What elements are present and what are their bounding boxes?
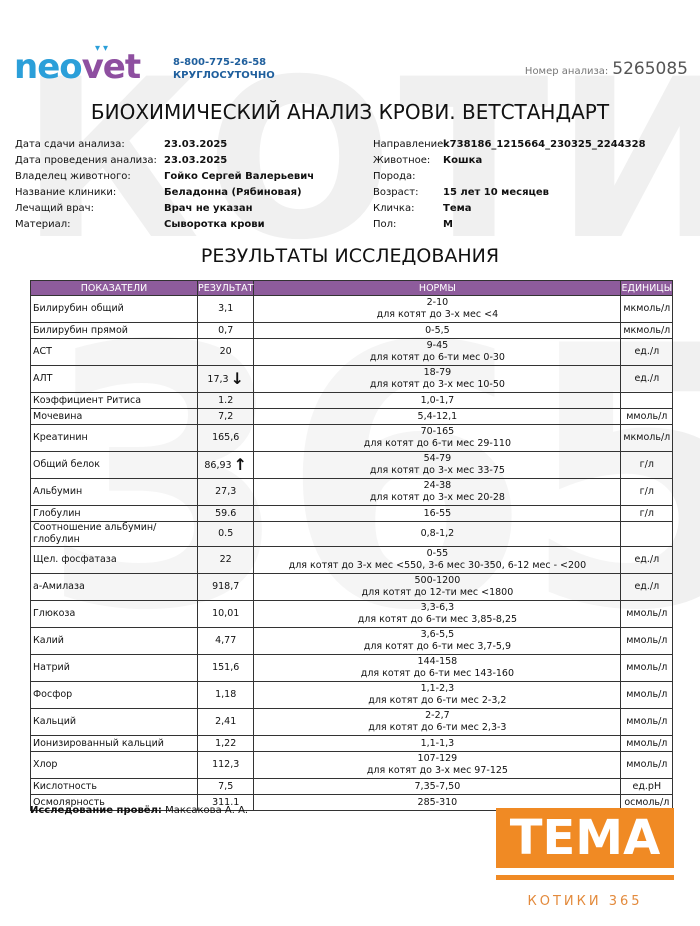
- info-label: Лечащий врач:: [15, 201, 164, 217]
- norm-range: 18-79: [256, 367, 618, 379]
- result-cell: 4,77: [198, 628, 254, 655]
- table-row: Натрий151,6144-158для котят до 6-ти мес …: [31, 655, 673, 682]
- norm-range: 9-45: [256, 340, 618, 352]
- result-cell: 0,7: [198, 323, 254, 339]
- norm-cell: 107-129для котят до 3-х мес 97-125: [254, 752, 621, 779]
- indicator-name: Билирубин прямой: [31, 323, 198, 339]
- result-value: 7,5: [218, 781, 233, 792]
- indicator-name: Кальций: [31, 709, 198, 736]
- unit-cell: г/л: [621, 506, 673, 522]
- info-row: Название клиники:Беладонна (Рябиновая): [15, 185, 314, 201]
- indicator-name: Щел. фосфатаза: [31, 547, 198, 574]
- table-row: Общий белок86,93↑54-79для котят до 3-х м…: [31, 452, 673, 479]
- arrow-up-icon: ↑: [234, 455, 247, 474]
- info-row: Лечащий врач:Врач не указан: [15, 201, 314, 217]
- phone-number[interactable]: 8-800-775-26-58: [173, 56, 275, 69]
- result-cell: 1,18: [198, 682, 254, 709]
- analysis-number-value: 5265085: [612, 59, 688, 79]
- norm-range: 3,6-5,5: [256, 629, 618, 641]
- norm-cell: 0,8-1,2: [254, 522, 621, 547]
- indicator-name: Фосфор: [31, 682, 198, 709]
- info-value: Тема: [443, 201, 472, 217]
- table-row: АЛТ17,3↓18-79для котят до 3-х мес 10-50е…: [31, 366, 673, 393]
- result-value: 27,3: [215, 486, 236, 497]
- info-left: Дата сдачи анализа:23.03.2025Дата провед…: [15, 137, 314, 233]
- info-label: Владелец животного:: [15, 169, 164, 185]
- table-row: Соотношение альбумин/глобулин0.50,8-1,2: [31, 522, 673, 547]
- table-row: Хлор112,3107-129для котят до 3-х мес 97-…: [31, 752, 673, 779]
- result-cell: 7,2: [198, 409, 254, 425]
- norm-note: для котят до 6-ти мес 143-160: [256, 668, 618, 680]
- norm-cell: 0-5,5: [254, 323, 621, 339]
- result-value: 165,6: [212, 432, 239, 443]
- contact-block: 8-800-775-26-58 КРУГЛОСУТОЧНО: [173, 56, 275, 82]
- norm-range: 54-79: [256, 453, 618, 465]
- norm-range: 16-55: [256, 508, 618, 520]
- phone-note: КРУГЛОСУТОЧНО: [173, 69, 275, 82]
- table-row: Глюкоза10,013,3-6,3для котят до 6-ти мес…: [31, 601, 673, 628]
- unit-cell: ммоль/л: [621, 736, 673, 752]
- norm-cell: 0-55для котят до 3-х мес <550, 3-6 мес 3…: [254, 547, 621, 574]
- norm-note: для котят до 3-х мес 10-50: [256, 379, 618, 391]
- norm-cell: 18-79для котят до 3-х мес 10-50: [254, 366, 621, 393]
- info-row: Пол:М: [373, 217, 646, 233]
- info-label: Кличка:: [373, 201, 443, 217]
- table-row: Ионизированный кальций1,221,1-1,3ммоль/л: [31, 736, 673, 752]
- norm-note: для котят до 6-ти мес 2-3,2: [256, 695, 618, 707]
- norm-note: для котят до 6-ти мес 0-30: [256, 352, 618, 364]
- indicator-name: Глюкоза: [31, 601, 198, 628]
- result-value: 20: [220, 346, 232, 357]
- unit-cell: ед./л: [621, 574, 673, 601]
- unit-cell: [621, 522, 673, 547]
- info-row: Дата проведения анализа:23.03.2025: [15, 153, 314, 169]
- performed-by-name: Максакова А. А.: [165, 805, 248, 816]
- table-row: Глобулин59.616-55г/л: [31, 506, 673, 522]
- norm-cell: 2-2,7для котят до 6-ти мес 2,3-3: [254, 709, 621, 736]
- indicator-name: Соотношение альбумин/глобулин: [31, 522, 198, 547]
- norm-range: 0-55: [256, 548, 618, 560]
- result-cell: 86,93↑: [198, 452, 254, 479]
- unit-cell: ед.pH: [621, 779, 673, 795]
- norm-range: 3,3-6,3: [256, 602, 618, 614]
- analysis-number: Номер анализа:5265085: [525, 59, 688, 79]
- result-value: 1,18: [215, 689, 236, 700]
- info-row: Животное:Кошка: [373, 153, 646, 169]
- info-label: Животное:: [373, 153, 443, 169]
- info-right: Направление:k738186_1215664_230325_22443…: [373, 137, 646, 233]
- norm-range: 0-5,5: [256, 325, 618, 337]
- norm-cell: 500-1200для котят до 12-ти мес <1800: [254, 574, 621, 601]
- col-header-indicator: ПОКАЗАТЕЛИ: [31, 281, 198, 296]
- table-row: Щел. фосфатаза220-55для котят до 3-х мес…: [31, 547, 673, 574]
- indicator-name: Мочевина: [31, 409, 198, 425]
- norm-cell: 16-55: [254, 506, 621, 522]
- info-row: Возраст:15 лет 10 месяцев: [373, 185, 646, 201]
- table-row: а-Амилаза918,7500-1200для котят до 12-ти…: [31, 574, 673, 601]
- result-cell: 2,41: [198, 709, 254, 736]
- indicator-name: Ионизированный кальций: [31, 736, 198, 752]
- result-value: 1,22: [215, 738, 236, 749]
- results-table: ПОКАЗАТЕЛИ РЕЗУЛЬТАТ НОРМЫ ЕДИНИЦЫ Билир…: [30, 280, 673, 811]
- norm-range: 7,35-7,50: [256, 781, 618, 793]
- norm-cell: 54-79для котят до 3-х мес 33-75: [254, 452, 621, 479]
- result-value: 3,1: [218, 303, 233, 314]
- unit-cell: мкмоль/л: [621, 323, 673, 339]
- norm-cell: 70-165для котят до 6-ти мес 29-110: [254, 425, 621, 452]
- norm-cell: 7,35-7,50: [254, 779, 621, 795]
- result-value: 2,41: [215, 716, 236, 727]
- table-row: Билирубин общий3,12-10для котят до 3-х м…: [31, 296, 673, 323]
- brand-logo: ТЕМА: [496, 808, 674, 868]
- brand-divider: [496, 875, 674, 880]
- table-row: АСТ209-45для котят до 6-ти мес 0-30ед./л: [31, 339, 673, 366]
- result-cell: 22: [198, 547, 254, 574]
- unit-cell: ммоль/л: [621, 709, 673, 736]
- result-cell: 20: [198, 339, 254, 366]
- result-cell: 0.5: [198, 522, 254, 547]
- info-label: Материал:: [15, 217, 164, 233]
- indicator-name: а-Амилаза: [31, 574, 198, 601]
- info-label: Направление:: [373, 137, 443, 153]
- norm-cell: 5,4-12,1: [254, 409, 621, 425]
- info-value: Сыворотка крови: [164, 217, 265, 233]
- result-cell: 59.6: [198, 506, 254, 522]
- result-value: 22: [220, 554, 232, 565]
- result-value: 0,7: [218, 325, 233, 336]
- col-header-norms: НОРМЫ: [254, 281, 621, 296]
- table-row: Калий4,773,6-5,5для котят до 6-ти мес 3,…: [31, 628, 673, 655]
- unit-cell: [621, 393, 673, 409]
- unit-cell: ммоль/л: [621, 601, 673, 628]
- unit-cell: г/л: [621, 479, 673, 506]
- cat-ears-icon: ▾▾: [95, 44, 111, 54]
- unit-cell: ммоль/л: [621, 409, 673, 425]
- norm-range: 24-38: [256, 480, 618, 492]
- brand-subtitle: КОТИКИ 365: [496, 894, 674, 909]
- info-value: Гойко Сергей Валерьевич: [164, 169, 314, 185]
- performed-by-label: Исследование провёл:: [30, 805, 162, 816]
- info-label: Порода:: [373, 169, 443, 185]
- col-header-result: РЕЗУЛЬТАТ: [198, 281, 254, 296]
- result-cell: 3,1: [198, 296, 254, 323]
- info-value: Кошка: [443, 153, 482, 169]
- info-value: Беладонна (Рябиновая): [164, 185, 302, 201]
- info-label: Возраст:: [373, 185, 443, 201]
- info-label: Пол:: [373, 217, 443, 233]
- result-cell: 918,7: [198, 574, 254, 601]
- norm-cell: 1,0-1,7: [254, 393, 621, 409]
- info-row: Направление:k738186_1215664_230325_22443…: [373, 137, 646, 153]
- unit-cell: ед./л: [621, 339, 673, 366]
- result-value: 1.2: [218, 395, 233, 406]
- arrow-down-icon: ↓: [231, 369, 244, 388]
- indicator-name: Калий: [31, 628, 198, 655]
- info-row: Материал:Сыворотка крови: [15, 217, 314, 233]
- unit-cell: ммоль/л: [621, 655, 673, 682]
- info-label: Дата проведения анализа:: [15, 153, 164, 169]
- norm-range: 1,1-1,3: [256, 738, 618, 750]
- norm-note: для котят до 3-х мес 33-75: [256, 465, 618, 477]
- norm-range: 1,1-2,3: [256, 683, 618, 695]
- results-title: РЕЗУЛЬТАТЫ ИССЛЕДОВАНИЯ: [0, 245, 700, 267]
- result-cell: 10,01: [198, 601, 254, 628]
- unit-cell: ммоль/л: [621, 752, 673, 779]
- indicator-name: Глобулин: [31, 506, 198, 522]
- unit-cell: ед./л: [621, 547, 673, 574]
- unit-cell: г/л: [621, 452, 673, 479]
- table-row: Мочевина7,25,4-12,1ммоль/л: [31, 409, 673, 425]
- result-cell: 1.2: [198, 393, 254, 409]
- unit-cell: ммоль/л: [621, 682, 673, 709]
- norm-cell: 1,1-1,3: [254, 736, 621, 752]
- indicator-name: АЛТ: [31, 366, 198, 393]
- indicator-name: Коэффициент Ритиса: [31, 393, 198, 409]
- logo-part-neo: neo: [14, 47, 82, 87]
- unit-cell: ммоль/л: [621, 628, 673, 655]
- info-label: Название клиники:: [15, 185, 164, 201]
- norm-range: 285-310: [256, 797, 618, 809]
- table-header-row: ПОКАЗАТЕЛИ РЕЗУЛЬТАТ НОРМЫ ЕДИНИЦЫ: [31, 281, 673, 296]
- info-value: 15 лет 10 месяцев: [443, 185, 549, 201]
- info-row: Порода:: [373, 169, 646, 185]
- result-value: 7,2: [218, 411, 233, 422]
- result-value: 151,6: [212, 662, 239, 673]
- norm-range: 0,8-1,2: [256, 528, 618, 540]
- indicator-name: Кислотность: [31, 779, 198, 795]
- result-cell: 112,3: [198, 752, 254, 779]
- info-value: М: [443, 217, 453, 233]
- norm-range: 5,4-12,1: [256, 411, 618, 423]
- info-row: Дата сдачи анализа:23.03.2025: [15, 137, 314, 153]
- info-row: Кличка:Тема: [373, 201, 646, 217]
- unit-cell: мкмоль/л: [621, 296, 673, 323]
- result-value: 112,3: [212, 759, 239, 770]
- indicator-name: Билирубин общий: [31, 296, 198, 323]
- info-label: Дата сдачи анализа:: [15, 137, 164, 153]
- norm-range: 70-165: [256, 426, 618, 438]
- result-value: 0.5: [218, 528, 233, 539]
- result-value: 10,01: [212, 608, 239, 619]
- result-cell: 27,3: [198, 479, 254, 506]
- indicator-name: Хлор: [31, 752, 198, 779]
- norm-range: 2-10: [256, 297, 618, 309]
- norm-range: 500-1200: [256, 575, 618, 587]
- norm-cell: 24-38для котят до 3-х мес 20-28: [254, 479, 621, 506]
- norm-cell: 144-158для котят до 6-ти мес 143-160: [254, 655, 621, 682]
- info-value: 23.03.2025: [164, 153, 227, 169]
- norm-range: 144-158: [256, 656, 618, 668]
- norm-cell: 1,1-2,3для котят до 6-ти мес 2-3,2: [254, 682, 621, 709]
- neovet-logo: ▾▾ neovet: [14, 50, 140, 84]
- norm-note: для котят до 6-ти мес 3,85-8,25: [256, 614, 618, 626]
- info-value: k738186_1215664_230325_2244328: [443, 137, 646, 153]
- norm-cell: 9-45для котят до 6-ти мес 0-30: [254, 339, 621, 366]
- indicator-name: Креатинин: [31, 425, 198, 452]
- norm-note: для котят до 3-х мес 20-28: [256, 492, 618, 504]
- norm-range: 2-2,7: [256, 710, 618, 722]
- norm-note: для котят до 3-х мес 97-125: [256, 765, 618, 777]
- norm-cell: 3,6-5,5для котят до 6-ти мес 3,7-5,9: [254, 628, 621, 655]
- norm-note: для котят до 6-ти мес 2,3-3: [256, 722, 618, 734]
- page-title: БИОХИМИЧЕСКИЙ АНАЛИЗ КРОВИ. ВЕТСТАНДАРТ: [0, 100, 700, 124]
- indicator-name: АСТ: [31, 339, 198, 366]
- info-value: 23.03.2025: [164, 137, 227, 153]
- info-row: Владелец животного:Гойко Сергей Валерьев…: [15, 169, 314, 185]
- norm-cell: 2-10для котят до 3-х мес <4: [254, 296, 621, 323]
- result-value: 4,77: [215, 635, 236, 646]
- result-cell: 17,3↓: [198, 366, 254, 393]
- table-row: Альбумин27,324-38для котят до 3-х мес 20…: [31, 479, 673, 506]
- table-row: Креатинин165,670-165для котят до 6-ти ме…: [31, 425, 673, 452]
- result-value: 918,7: [212, 581, 239, 592]
- norm-range: 1,0-1,7: [256, 395, 618, 407]
- result-value: 59.6: [215, 508, 236, 519]
- result-value: 17,3: [207, 374, 228, 385]
- result-cell: 151,6: [198, 655, 254, 682]
- indicator-name: Натрий: [31, 655, 198, 682]
- indicator-name: Альбумин: [31, 479, 198, 506]
- result-value: 86,93: [204, 460, 231, 471]
- table-row: Кальций2,412-2,7для котят до 6-ти мес 2,…: [31, 709, 673, 736]
- norm-note: для котят до 6-ти мес 29-110: [256, 438, 618, 450]
- table-row: Кислотность7,57,35-7,50ед.pH: [31, 779, 673, 795]
- info-value: Врач не указан: [164, 201, 253, 217]
- norm-note: для котят до 12-ти мес <1800: [256, 587, 618, 599]
- table-row: Коэффициент Ритиса1.21,0-1,7: [31, 393, 673, 409]
- result-cell: 1,22: [198, 736, 254, 752]
- indicator-name: Общий белок: [31, 452, 198, 479]
- unit-cell: ед./л: [621, 366, 673, 393]
- norm-range: 107-129: [256, 753, 618, 765]
- unit-cell: мкмоль/л: [621, 425, 673, 452]
- col-header-units: ЕДИНИЦЫ: [621, 281, 673, 296]
- norm-cell: 3,3-6,3для котят до 6-ти мес 3,85-8,25: [254, 601, 621, 628]
- performed-by: Исследование провёл: Максакова А. А.: [30, 805, 248, 816]
- result-cell: 7,5: [198, 779, 254, 795]
- result-cell: 165,6: [198, 425, 254, 452]
- analysis-number-label: Номер анализа:: [525, 66, 608, 77]
- norm-note: для котят до 3-х мес <4: [256, 309, 618, 321]
- table-row: Билирубин прямой0,70-5,5мкмоль/л: [31, 323, 673, 339]
- norm-note: для котят до 6-ти мес 3,7-5,9: [256, 641, 618, 653]
- norm-note: для котят до 3-х мес <550, 3-6 мес 30-35…: [256, 560, 618, 572]
- table-row: Фосфор1,181,1-2,3для котят до 6-ти мес 2…: [31, 682, 673, 709]
